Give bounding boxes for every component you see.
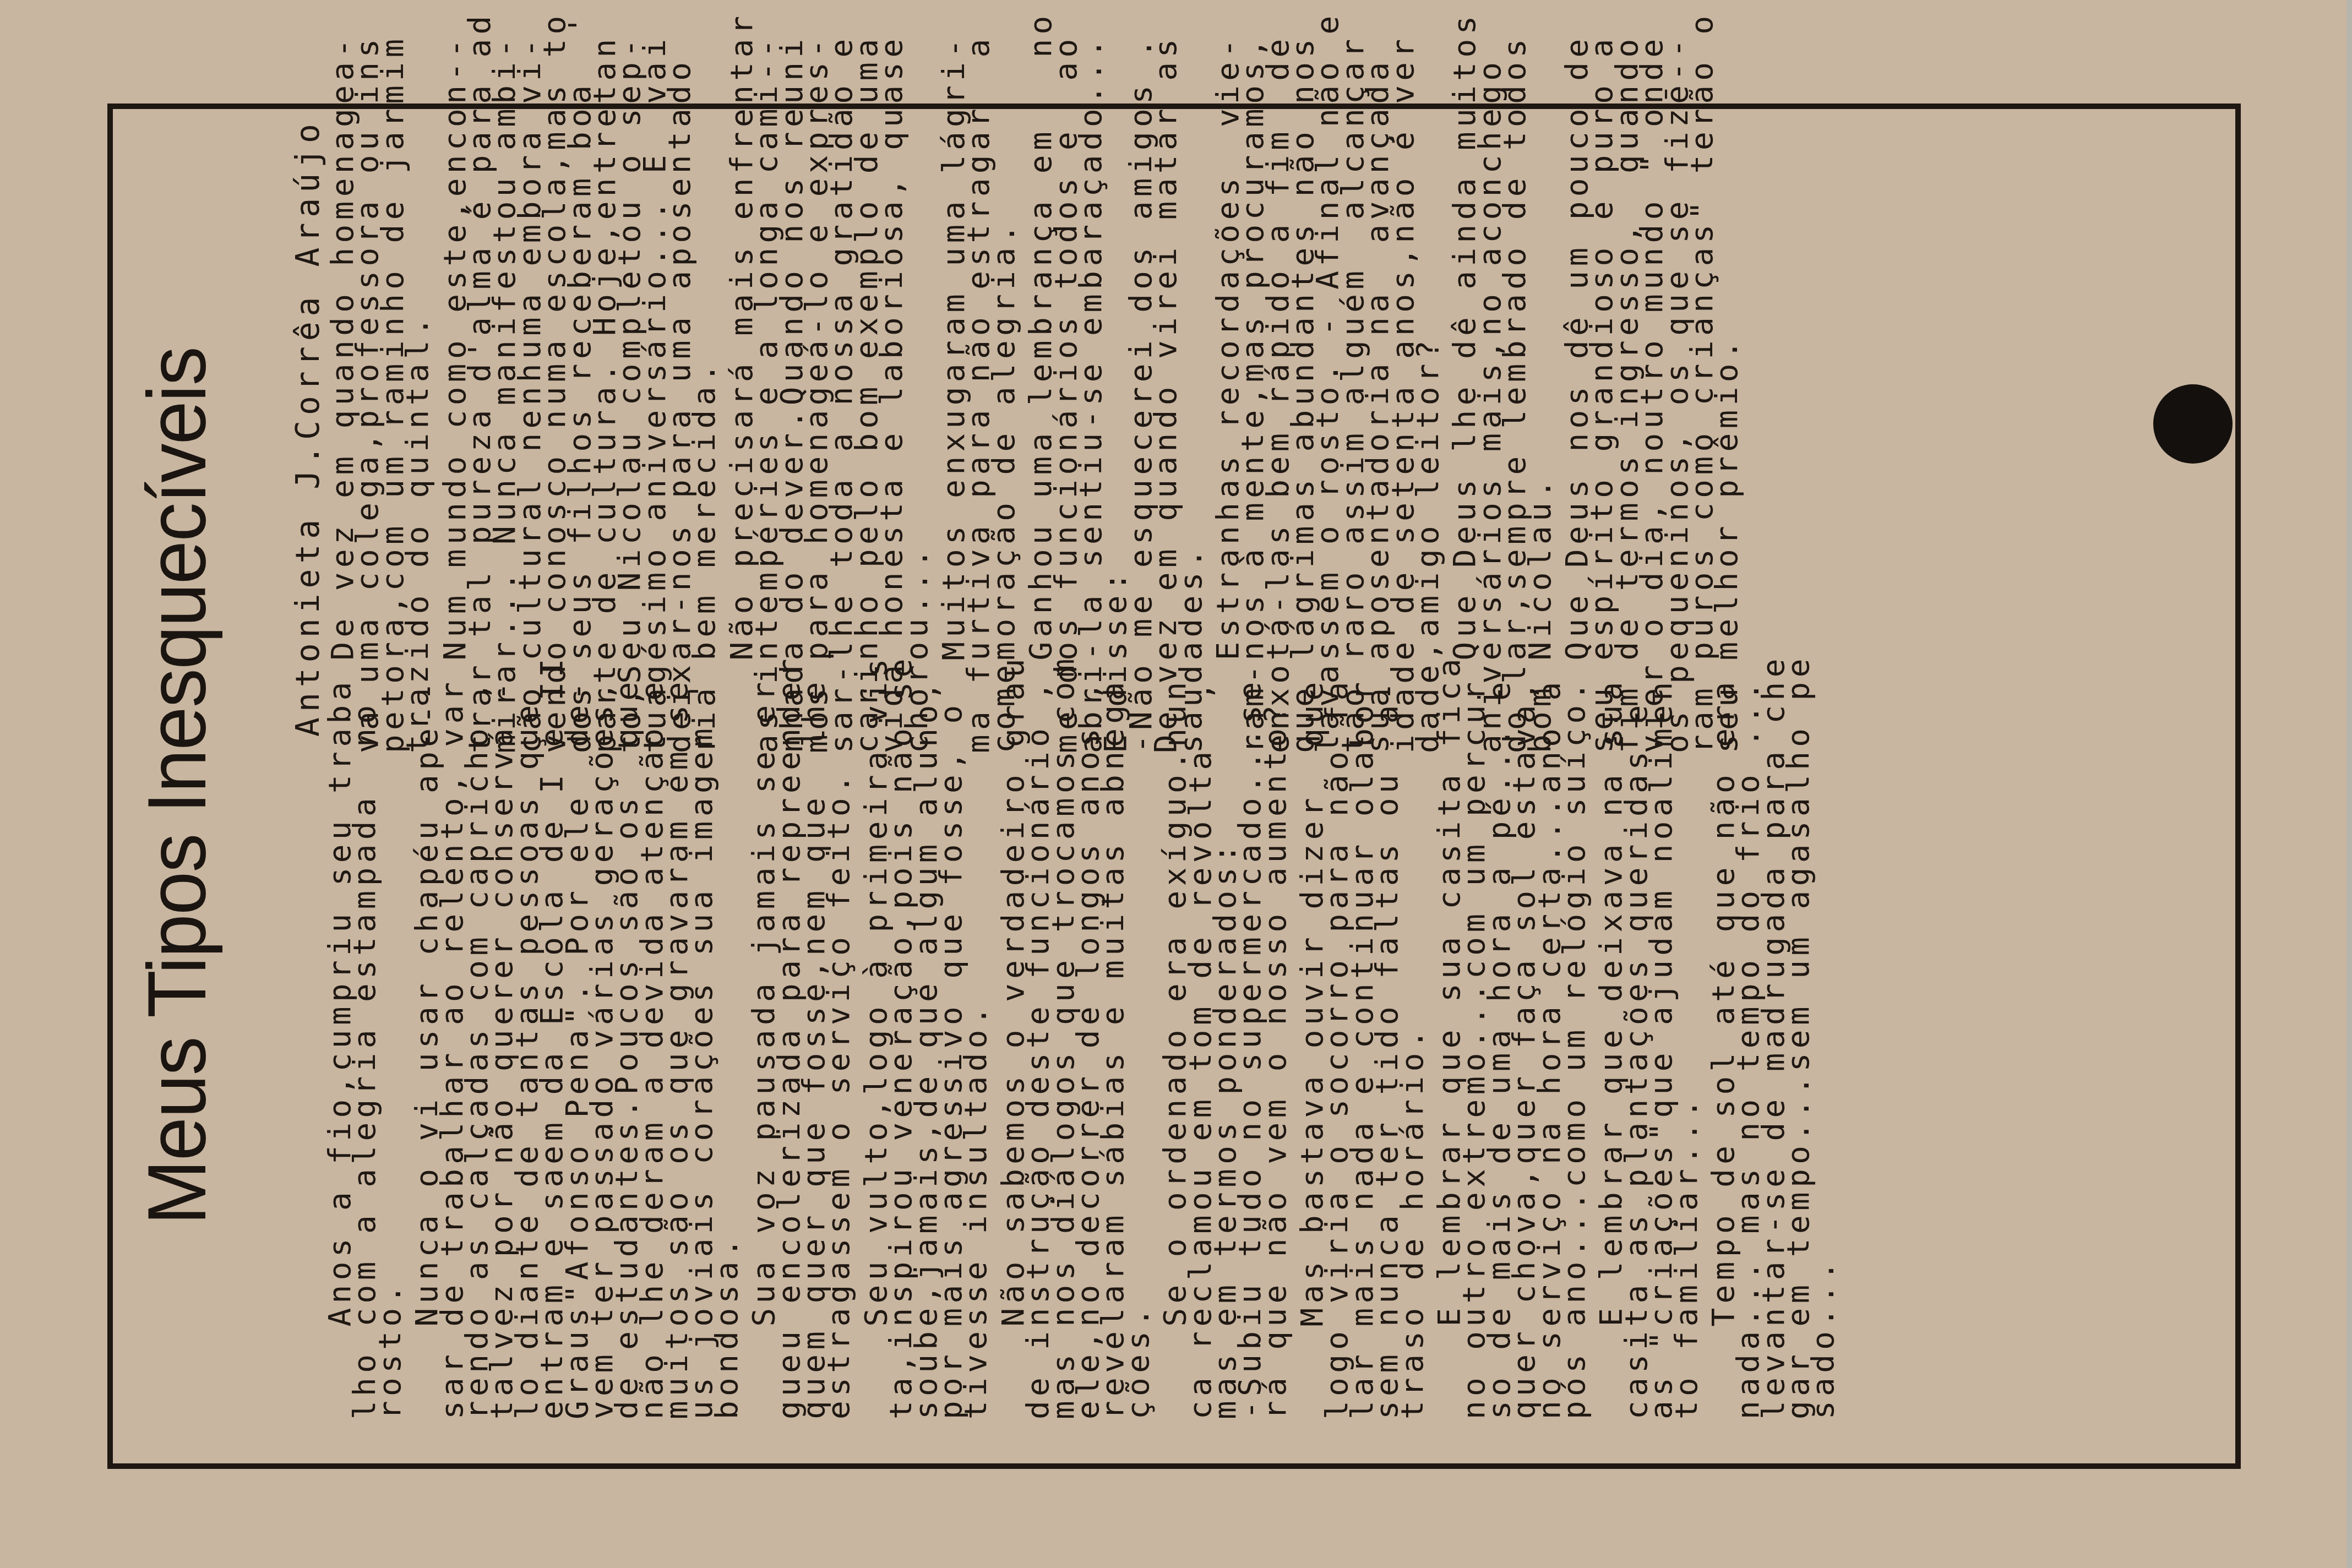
article-column-right: De vez em quando homenagea-va uma colega… [330,11,1740,753]
text-line: rá que não vem o nosso aumento? [1263,654,1288,1419]
article-title: Meus Tipos Inesquecíveis [129,138,225,1435]
scanner-edge-strip [2346,0,2352,1568]
article-author: Antonieta J.Corrêa Araújo [289,118,326,737]
article-column-left: Anos a fio,cumpriu seu trabalho com a al… [328,654,1836,1419]
punch-hole-dot [2153,384,2233,464]
text-line: pós ano...como um relógio suíço. [1562,654,1587,1419]
article-page: Meus Tipos Inesquecíveis Antonieta J.Cor… [107,104,2241,1469]
